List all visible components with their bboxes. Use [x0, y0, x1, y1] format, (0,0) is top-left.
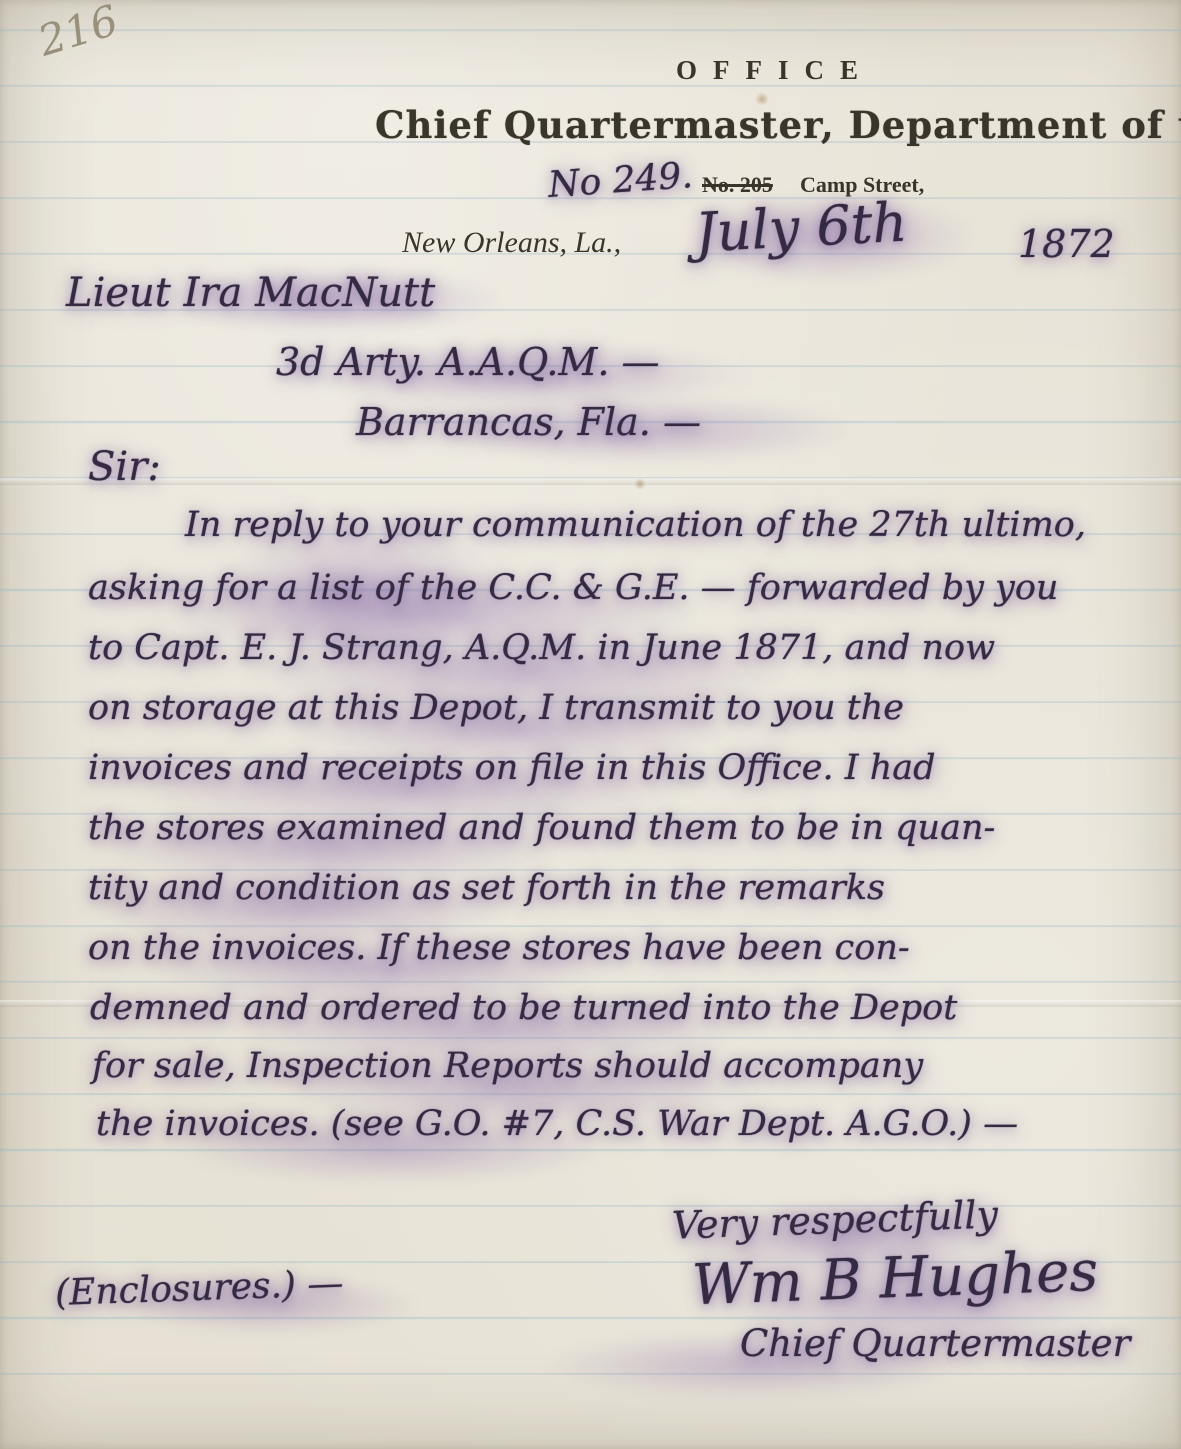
body-line: demned and ordered to be turned into the… [90, 988, 957, 1028]
printed-city-line: New Orleans, La., [402, 226, 621, 260]
body-line: asking for a list of the C.C. & G.E. — f… [88, 568, 1058, 608]
salutation: Sir: [88, 444, 161, 490]
signer-title: Chief Quartermaster [740, 1322, 1130, 1365]
recipient-name: Lieut Ira MacNutt [66, 270, 435, 316]
body-line: for sale, Inspection Reports should acco… [92, 1046, 923, 1086]
body-line: the stores examined and found them to be… [88, 808, 995, 848]
letter-page: 216 OFFICE Chief Quartermaster, Departme… [0, 0, 1181, 1449]
valediction: Very respectfully [671, 1192, 998, 1247]
body-line: on the invoices. If these stores have be… [88, 928, 910, 968]
letterhead-office-line: OFFICE [420, 55, 1130, 86]
body-line: tity and condition as set forth in the r… [88, 868, 885, 908]
body-line: invoices and receipts on file in this Of… [88, 748, 936, 788]
pencil-page-number: 216 [33, 0, 124, 66]
handwritten-letter-number: No 249. [547, 155, 694, 206]
body-line: In reply to your communication of the 27… [185, 505, 1086, 545]
body-line: to Capt. E. J. Strang, A.Q.M. in June 18… [88, 628, 995, 668]
recipient-location: Barrancas, Fla. — [356, 400, 701, 444]
letterhead-title-line: Chief Quartermaster, Department of the G… [375, 103, 1175, 147]
recipient-unit: 3d Arty. A.A.Q.M. — [276, 340, 660, 384]
enclosures-note: (Enclosures.) — [54, 1263, 344, 1314]
handwritten-year: 1872 [1018, 222, 1115, 266]
foxing-spot [634, 478, 646, 490]
printed-number-struck: No. 205 [702, 172, 773, 198]
body-line: on storage at this Depot, I transmit to … [88, 688, 904, 728]
body-line: the invoices. (see G.O. #7, C.S. War Dep… [96, 1104, 1018, 1144]
signature: Wm B Hughes [691, 1239, 1099, 1318]
handwritten-date: July 6th [693, 190, 908, 264]
paper-crease [0, 478, 1181, 485]
